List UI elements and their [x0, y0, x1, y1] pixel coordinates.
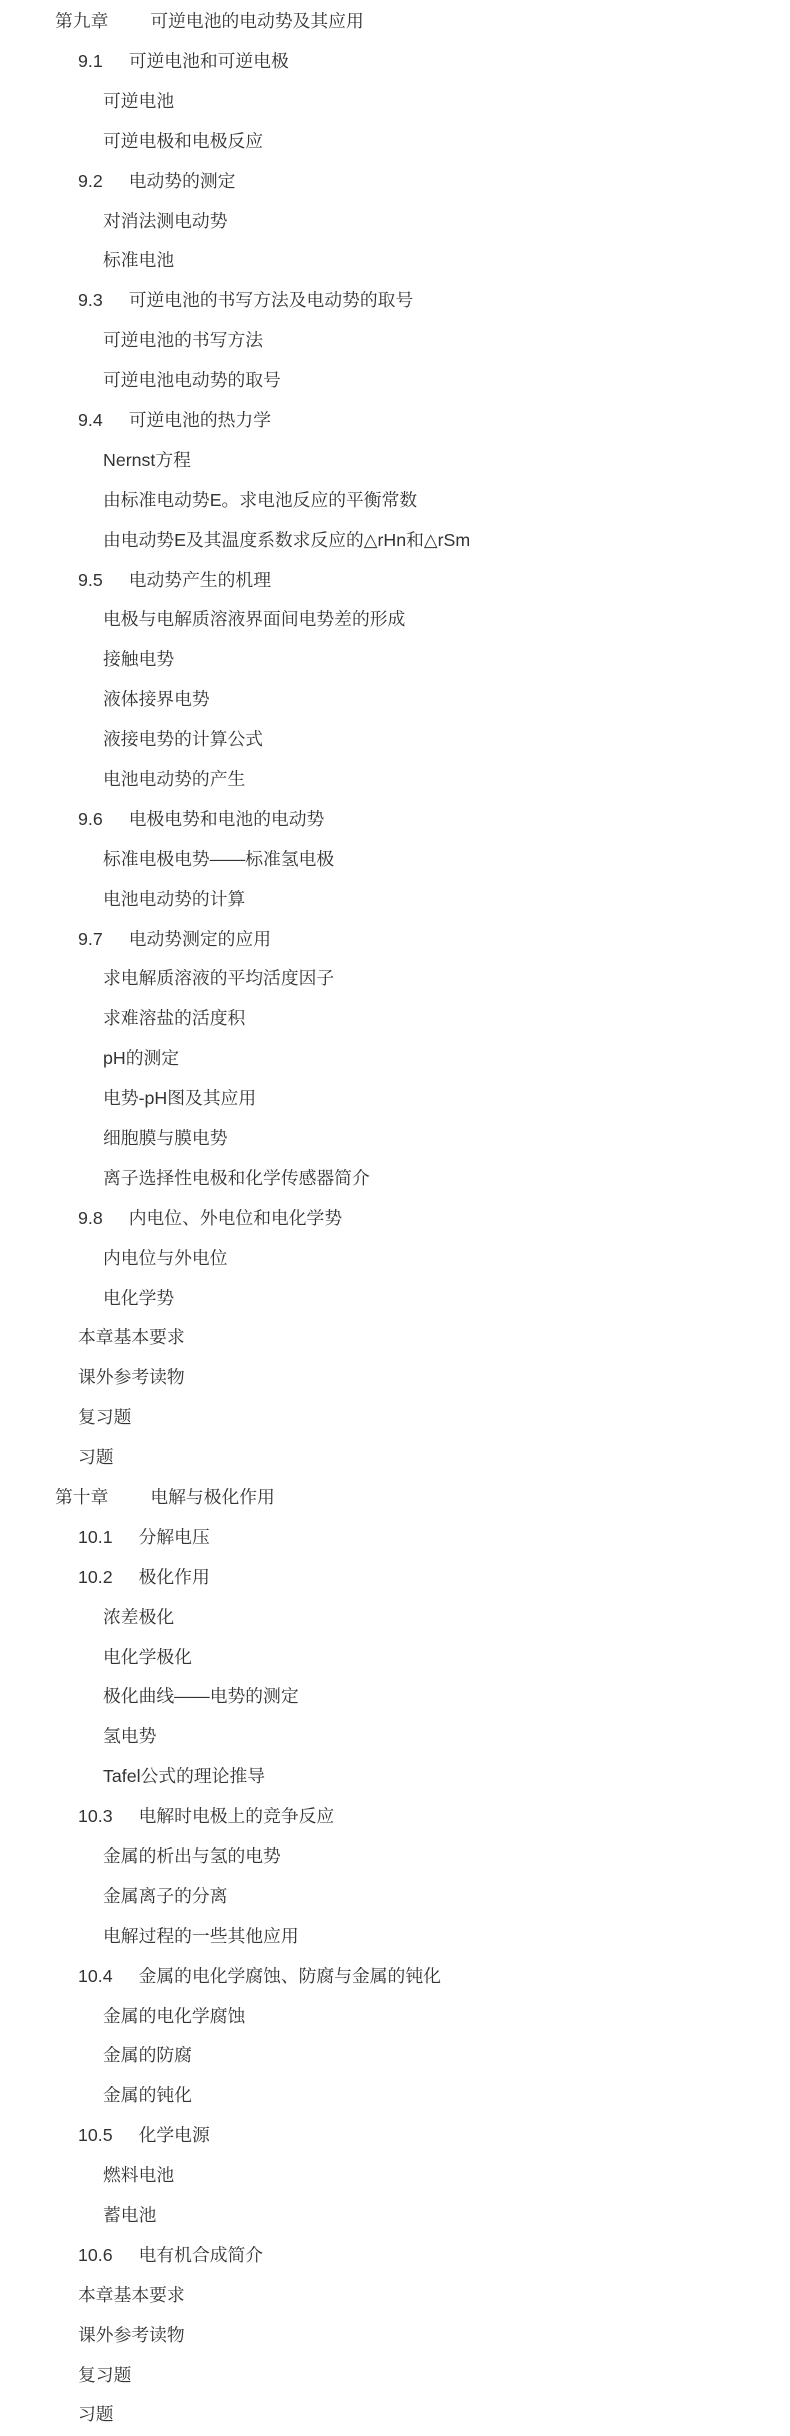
- section-title: 电解时电极上的竞争反应: [139, 1808, 335, 1826]
- topic-title: 电极与电解质溶液界面间电势差的形成: [103, 611, 405, 629]
- topic-title: 离子选择性电极和化学传感器简介: [103, 1170, 370, 1188]
- toc-topic-row[interactable]: 标准电池: [0, 241, 790, 281]
- toc-topic-row[interactable]: 极化曲线——电势的测定: [0, 1677, 790, 1717]
- topic-title: 可逆电池: [103, 93, 174, 111]
- section-title: 内电位、外电位和电化学势: [129, 1210, 342, 1228]
- toc-topic-row[interactable]: 可逆电池的书写方法: [0, 321, 790, 361]
- extra-title: 课外参考读物: [78, 1369, 185, 1387]
- toc-section-row[interactable]: 9.5电动势产生的机理: [0, 560, 790, 600]
- toc-section-row[interactable]: 9.7电动势测定的应用: [0, 919, 790, 959]
- topic-title: 由标准电动势E。求电池反应的平衡常数: [103, 492, 417, 510]
- section-title: 化学电源: [139, 2127, 210, 2145]
- chapter-number: 第九章: [55, 13, 108, 31]
- toc-section-row[interactable]: 9.2电动势的测定: [0, 162, 790, 202]
- section-number: 9.5: [78, 572, 103, 590]
- toc-extra-row[interactable]: 本章基本要求: [0, 1318, 790, 1358]
- toc-topic-row[interactable]: 求电解质溶液的平均活度因子: [0, 959, 790, 999]
- toc-topic-row[interactable]: 浓差极化: [0, 1598, 790, 1638]
- toc-section-row[interactable]: 10.2极化作用: [0, 1558, 790, 1598]
- toc-topic-row[interactable]: 可逆电池: [0, 82, 790, 122]
- toc-topic-row[interactable]: 由标准电动势E。求电池反应的平衡常数: [0, 481, 790, 521]
- topic-title: 蓄电池: [103, 2207, 156, 2225]
- topic-title: 标准电池: [103, 252, 174, 270]
- topic-title: 电解过程的一些其他应用: [103, 1928, 299, 1946]
- section-number: 10.4: [78, 1968, 113, 1986]
- toc-section-row[interactable]: 9.4可逆电池的热力学: [0, 401, 790, 441]
- topic-title: 金属的防腐: [103, 2047, 192, 2065]
- toc-topic-row[interactable]: 金属的钝化: [0, 2076, 790, 2116]
- topic-title: 极化曲线——电势的测定: [103, 1688, 299, 1706]
- toc-topic-row[interactable]: 电解过程的一些其他应用: [0, 1917, 790, 1957]
- topic-title: 金属离子的分离: [103, 1888, 227, 1906]
- toc-topic-row[interactable]: 金属的电化学腐蚀: [0, 1997, 790, 2037]
- chapter-title: 电解与极化作用: [150, 1489, 274, 1507]
- toc-topic-row[interactable]: 由电动势E及其温度系数求反应的△rHn和△rSm: [0, 521, 790, 561]
- section-title: 可逆电池和可逆电极: [129, 53, 289, 71]
- toc-section-row[interactable]: 10.5化学电源: [0, 2116, 790, 2156]
- topic-title: 可逆电极和电极反应: [103, 133, 263, 151]
- section-title: 电动势的测定: [129, 173, 236, 191]
- section-title: 金属的电化学腐蚀、防腐与金属的钝化: [139, 1968, 441, 1986]
- toc-section-row[interactable]: 9.1可逆电池和可逆电极: [0, 42, 790, 82]
- section-number: 9.2: [78, 173, 103, 191]
- toc-section-row[interactable]: 10.6电有机合成简介: [0, 2236, 790, 2276]
- toc-topic-row[interactable]: 求难溶盐的活度积: [0, 999, 790, 1039]
- topic-title: 电池电动势的产生: [103, 771, 245, 789]
- toc-topic-row[interactable]: 内电位与外电位: [0, 1239, 790, 1279]
- section-number: 10.3: [78, 1808, 113, 1826]
- toc-topic-row[interactable]: 可逆电极和电极反应: [0, 122, 790, 162]
- toc-topic-row[interactable]: Nernst方程: [0, 441, 790, 481]
- toc-topic-row[interactable]: 对消法测电动势: [0, 201, 790, 241]
- extra-title: 本章基本要求: [78, 2287, 185, 2305]
- toc-section-row[interactable]: 9.3可逆电池的书写方法及电动势的取号: [0, 281, 790, 321]
- toc-chapter-row[interactable]: 第十章电解与极化作用: [0, 1478, 790, 1518]
- toc-topic-row[interactable]: 电化学势: [0, 1279, 790, 1319]
- topic-title: 求电解质溶液的平均活度因子: [103, 970, 334, 988]
- topic-title: 求难溶盐的活度积: [103, 1010, 245, 1028]
- toc-topic-row[interactable]: 电化学极化: [0, 1638, 790, 1678]
- topic-title: 电池电动势的计算: [103, 891, 245, 909]
- table-of-contents: 第九章可逆电池的电动势及其应用9.1可逆电池和可逆电极可逆电池可逆电极和电极反应…: [0, 0, 790, 2435]
- topic-title: 标准电极电势——标准氢电极: [103, 851, 334, 869]
- section-title: 电动势测定的应用: [129, 931, 271, 949]
- topic-title: 内电位与外电位: [103, 1250, 227, 1268]
- chapter-number: 第十章: [55, 1489, 108, 1507]
- section-number: 9.1: [78, 53, 103, 71]
- extra-title: 本章基本要求: [78, 1329, 185, 1347]
- section-title: 可逆电池的书写方法及电动势的取号: [129, 292, 414, 310]
- topic-title: 金属的电化学腐蚀: [103, 2008, 245, 2026]
- section-number: 9.8: [78, 1210, 103, 1228]
- topic-title: 对消法测电动势: [103, 213, 227, 231]
- toc-topic-row[interactable]: pH的测定: [0, 1039, 790, 1079]
- topic-title: 燃料电池: [103, 2167, 174, 2185]
- section-number: 9.4: [78, 412, 103, 430]
- section-number: 10.5: [78, 2127, 113, 2145]
- toc-extra-row[interactable]: 课外参考读物: [0, 2316, 790, 2356]
- toc-topic-row[interactable]: 燃料电池: [0, 2156, 790, 2196]
- topic-title: 浓差极化: [103, 1609, 174, 1627]
- toc-section-row[interactable]: 9.6电极电势和电池的电动势: [0, 800, 790, 840]
- topic-title: 可逆电池的书写方法: [103, 332, 263, 350]
- extra-title: 复习题: [78, 1409, 131, 1427]
- toc-topic-row[interactable]: 电极与电解质溶液界面间电势差的形成: [0, 600, 790, 640]
- topic-title: 可逆电池电动势的取号: [103, 372, 281, 390]
- section-title: 极化作用: [139, 1569, 210, 1587]
- section-number: 10.2: [78, 1569, 113, 1587]
- section-number: 10.1: [78, 1529, 113, 1547]
- topic-title: Nernst方程: [103, 452, 191, 470]
- section-number: 9.7: [78, 931, 103, 949]
- section-title: 电动势产生的机理: [129, 572, 271, 590]
- toc-section-row[interactable]: 10.3电解时电极上的竞争反应: [0, 1797, 790, 1837]
- topic-title: 氢电势: [103, 1728, 156, 1746]
- topic-title: 电化学势: [103, 1290, 174, 1308]
- topic-title: 细胞膜与膜电势: [103, 1130, 227, 1148]
- toc-topic-row[interactable]: 金属离子的分离: [0, 1877, 790, 1917]
- toc-topic-row[interactable]: 电池电动势的计算: [0, 880, 790, 920]
- extra-title: 习题: [78, 2406, 114, 2424]
- section-number: 10.6: [78, 2247, 113, 2265]
- toc-topic-row[interactable]: 接触电势: [0, 640, 790, 680]
- section-title: 电极电势和电池的电动势: [129, 811, 325, 829]
- topic-title: 接触电势: [103, 651, 174, 669]
- toc-topic-row[interactable]: 金属的防腐: [0, 2036, 790, 2076]
- toc-topic-row[interactable]: Tafel公式的理论推导: [0, 1757, 790, 1797]
- toc-chapter-row[interactable]: 第九章可逆电池的电动势及其应用: [0, 2, 790, 42]
- toc-extra-row[interactable]: 课外参考读物: [0, 1358, 790, 1398]
- topic-title: 液体接界电势: [103, 691, 210, 709]
- topic-title: 金属的析出与氢的电势: [103, 1848, 281, 1866]
- toc-topic-row[interactable]: 可逆电池电动势的取号: [0, 361, 790, 401]
- extra-title: 习题: [78, 1449, 114, 1467]
- toc-topic-row[interactable]: 液体接界电势: [0, 680, 790, 720]
- topic-title: pH的测定: [103, 1050, 179, 1068]
- section-title: 电有机合成简介: [139, 2247, 263, 2265]
- toc-topic-row[interactable]: 金属的析出与氢的电势: [0, 1837, 790, 1877]
- toc-topic-row[interactable]: 标准电极电势——标准氢电极: [0, 840, 790, 880]
- toc-topic-row[interactable]: 细胞膜与膜电势: [0, 1119, 790, 1159]
- toc-extra-row[interactable]: 复习题: [0, 2356, 790, 2396]
- topic-title: 由电动势E及其温度系数求反应的△rHn和△rSm: [103, 532, 470, 550]
- topic-title: 液接电势的计算公式: [103, 731, 263, 749]
- section-number: 9.6: [78, 811, 103, 829]
- topic-title: 金属的钝化: [103, 2087, 192, 2105]
- topic-title: 电化学极化: [103, 1649, 192, 1667]
- toc-topic-row[interactable]: 电池电动势的产生: [0, 760, 790, 800]
- toc-section-row[interactable]: 9.8内电位、外电位和电化学势: [0, 1199, 790, 1239]
- section-number: 9.3: [78, 292, 103, 310]
- toc-topic-row[interactable]: 离子选择性电极和化学传感器简介: [0, 1159, 790, 1199]
- extra-title: 课外参考读物: [78, 2327, 185, 2345]
- toc-extra-row[interactable]: 复习题: [0, 1398, 790, 1438]
- toc-topic-row[interactable]: 蓄电池: [0, 2196, 790, 2236]
- toc-topic-row[interactable]: 氢电势: [0, 1717, 790, 1757]
- toc-topic-row[interactable]: 液接电势的计算公式: [0, 720, 790, 760]
- toc-section-row[interactable]: 10.4金属的电化学腐蚀、防腐与金属的钝化: [0, 1957, 790, 1997]
- section-title: 分解电压: [139, 1529, 210, 1547]
- toc-extra-row[interactable]: 习题: [0, 2395, 790, 2435]
- toc-section-row[interactable]: 10.1分解电压: [0, 1518, 790, 1558]
- section-title: 可逆电池的热力学: [129, 412, 271, 430]
- topic-title: Tafel公式的理论推导: [103, 1768, 265, 1786]
- chapter-title: 可逆电池的电动势及其应用: [150, 13, 363, 31]
- topic-title: 电势-pH图及其应用: [103, 1090, 256, 1108]
- toc-topic-row[interactable]: 电势-pH图及其应用: [0, 1079, 790, 1119]
- toc-extra-row[interactable]: 本章基本要求: [0, 2276, 790, 2316]
- extra-title: 复习题: [78, 2367, 131, 2385]
- toc-extra-row[interactable]: 习题: [0, 1438, 790, 1478]
